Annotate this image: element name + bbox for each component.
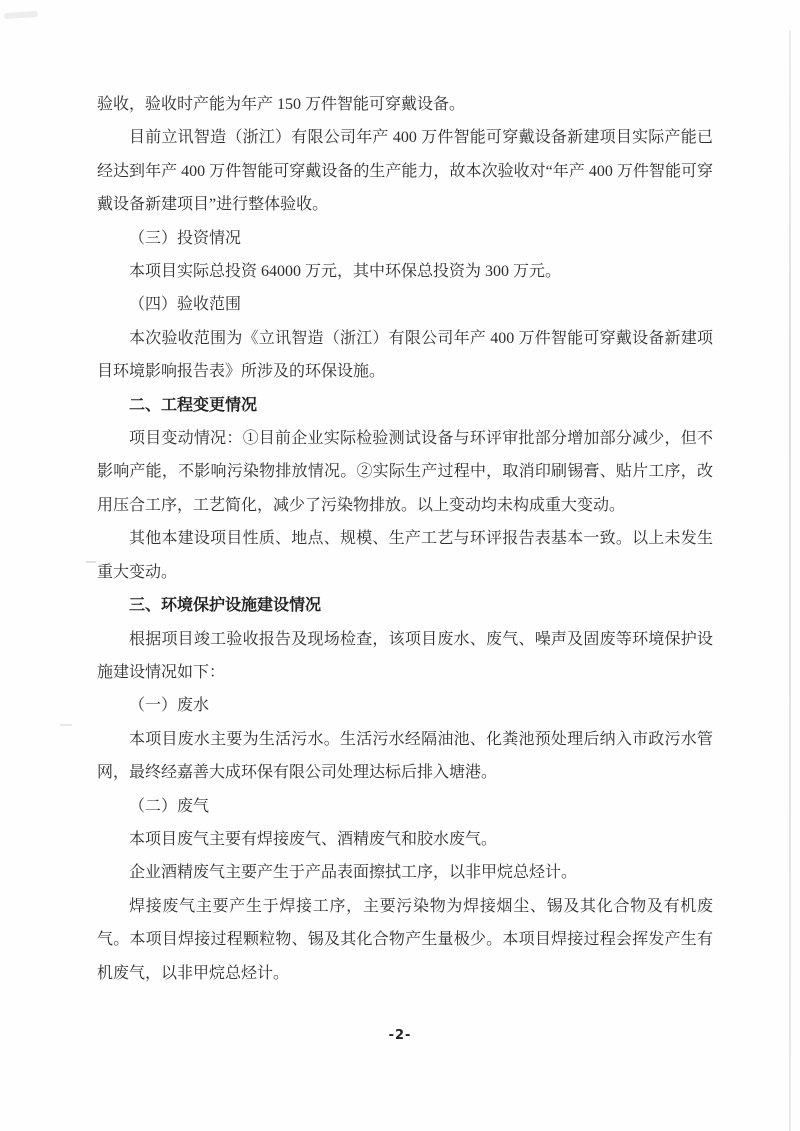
document-body: 验收，验收时产能为年产 150 万件智能可穿戴设备。 目前立讯智造（浙江）有限公… [97,88,713,990]
subsection-heading-investment: （三）投资情况 [97,222,713,255]
paragraph: 企业酒精废气主要产生于产品表面擦拭工序，以非甲烷总烃计。 [97,856,713,889]
paragraph: 本次验收范围为《立讯智造（浙江）有限公司年产 400 万件智能可穿戴设备新建项目… [97,322,713,389]
paragraph-carryover: 验收，验收时产能为年产 150 万件智能可穿戴设备。 [97,88,713,121]
paragraph: 其他本建设项目性质、地点、规模、生产工艺与环评报告表基本一致。以上未发生重大变动… [97,522,713,589]
page-number: -2- [0,1028,800,1043]
paragraph: 焊接废气主要产生于焊接工序，主要污染物为焊接烟尘、锡及其化合物及有机废气。本项目… [97,890,713,990]
scan-artifact-dash [60,724,72,726]
paragraph: 本项目废水主要为生活污水。生活污水经隔油池、化粪池预处理后纳入市政污水管网，最终… [97,723,713,790]
section-heading-project-changes: 二、工程变更情况 [97,389,713,422]
subsection-heading-acceptance-scope: （四）验收范围 [97,288,713,321]
scan-artifact-smudge [4,11,38,19]
subsection-heading-waste-gas: （二）废气 [97,790,713,823]
scan-edge-shadow [789,30,791,1131]
paragraph: 目前立讯智造（浙江）有限公司年产 400 万件智能可穿戴设备新建项目实际产能已经… [97,121,713,221]
paragraph: 项目变动情况：①目前企业实际检验测试设备与环评审批部分增加部分减少，但不影响产能… [97,422,713,522]
paragraph: 根据项目竣工验收报告及现场检查，该项目废水、废气、噪声及固废等环境保护设施建设情… [97,623,713,690]
scan-artifact-dash [86,561,96,563]
scanned-document-page: 验收，验收时产能为年产 150 万件智能可穿戴设备。 目前立讯智造（浙江）有限公… [0,0,800,1131]
subsection-heading-wastewater: （一）废水 [97,689,713,722]
paragraph: 本项目废气主要有焊接废气、酒精废气和胶水废气。 [97,823,713,856]
paragraph: 本项目实际总投资 64000 万元，其中环保总投资为 300 万元。 [97,255,713,288]
section-heading-environmental-facilities: 三、环境保护设施建设情况 [97,589,713,622]
